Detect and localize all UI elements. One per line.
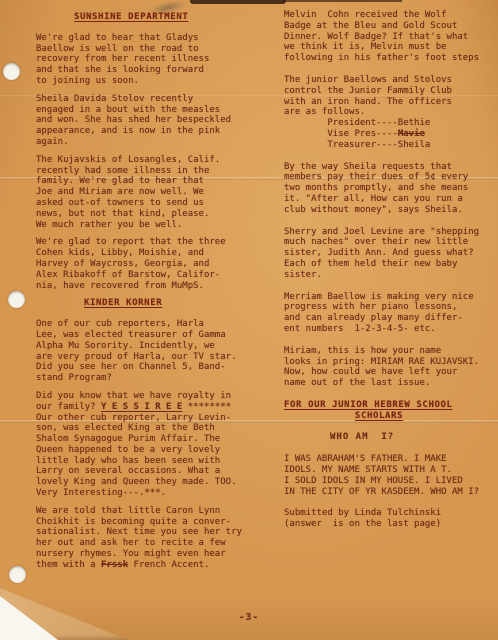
paragraph-cohen-kids-mumps: We're glad to report that the three Cohe…: [36, 237, 260, 291]
punch-hole-bottom: [9, 566, 26, 583]
paragraph-levine-baby-sister: Sherry and Joel Levine are "shepping muc…: [284, 227, 496, 281]
vice-pres-struck-name: Mavie: [398, 129, 425, 139]
section-title-kinder-korner: KINDER KORNER: [84, 298, 260, 309]
paragraph-merriam-piano: Merriam Baellow is making very nice prog…: [284, 292, 496, 335]
yessiree-underlined: Y E S S I R E E: [101, 402, 182, 412]
club-text-end: Treasurer----Sheila: [284, 140, 430, 150]
paragraph-riddle: I WAS ABRAHAM'S FATHER. I MAKE IDOLS. MY…: [284, 454, 496, 497]
punch-hole-top: [3, 63, 20, 80]
top-edge-tear: [190, 0, 286, 4]
paragraph-purim-royalty: Did you know that we have royalty in our…: [36, 391, 260, 499]
paragraph-harla-lee: One of our cub reporters, Harla Lee, was…: [36, 319, 260, 384]
club-text-start: The junior Baellows and Stolovs control …: [284, 75, 452, 139]
paragraph-caron-lynn: We are told that little Caron Lynn Choik…: [36, 506, 260, 571]
royalty-text-end: ******** Our other cub reporter, Larry L…: [36, 402, 236, 498]
paragraph-junior-family-club: The junior Baellows and Stolovs control …: [284, 75, 496, 151]
punch-hole-middle: [8, 291, 25, 308]
section-title-sunshine-department: SUNSHINE DEPARTMENT: [74, 12, 260, 23]
hebrew-title-line1: FOR OUR JUNIOR HEBREW SCHOOL: [284, 400, 453, 410]
right-column: Melvin Cohn received the Wolf Badge at t…: [284, 10, 496, 541]
top-edge-tear-2: [282, 0, 402, 2]
hebrew-title-line2: SCHOLARS: [284, 411, 474, 422]
struck-out-word: Frssk: [101, 560, 128, 570]
who-am-i-heading: WHO AM I?: [330, 432, 496, 443]
paragraph-submitted-by: Submitted by Linda Tulchinski (answer is…: [284, 508, 496, 530]
paragraph-sheila-measles: Sheila Davida Stolov recently engaged in…: [36, 94, 260, 148]
paragraph-miriam-name-in-print: Miriam, this is how your name looks in p…: [284, 346, 496, 389]
paragraph-gladys-recovery: We're glad to hear that Gladys Baellow i…: [36, 33, 260, 87]
paragraph-sheila-dues: By the way Sheila requests that members …: [284, 162, 496, 216]
caron-text-end: French Accent.: [128, 560, 209, 570]
left-column: SUNSHINE DEPARTMENT We're glad to hear t…: [36, 12, 260, 578]
section-title-hebrew-school: FOR OUR JUNIOR HEBREW SCHOOLSCHOLARS: [284, 400, 496, 422]
paragraph-melvin-wolf-badge: Melvin Cohn received the Wolf Badge at t…: [284, 10, 496, 64]
paragraph-kujavskis-illness: The Kujavskis of Losangles, Calif. recen…: [36, 155, 260, 231]
newsletter-page: SUNSHINE DEPARTMENT We're glad to hear t…: [0, 0, 498, 640]
